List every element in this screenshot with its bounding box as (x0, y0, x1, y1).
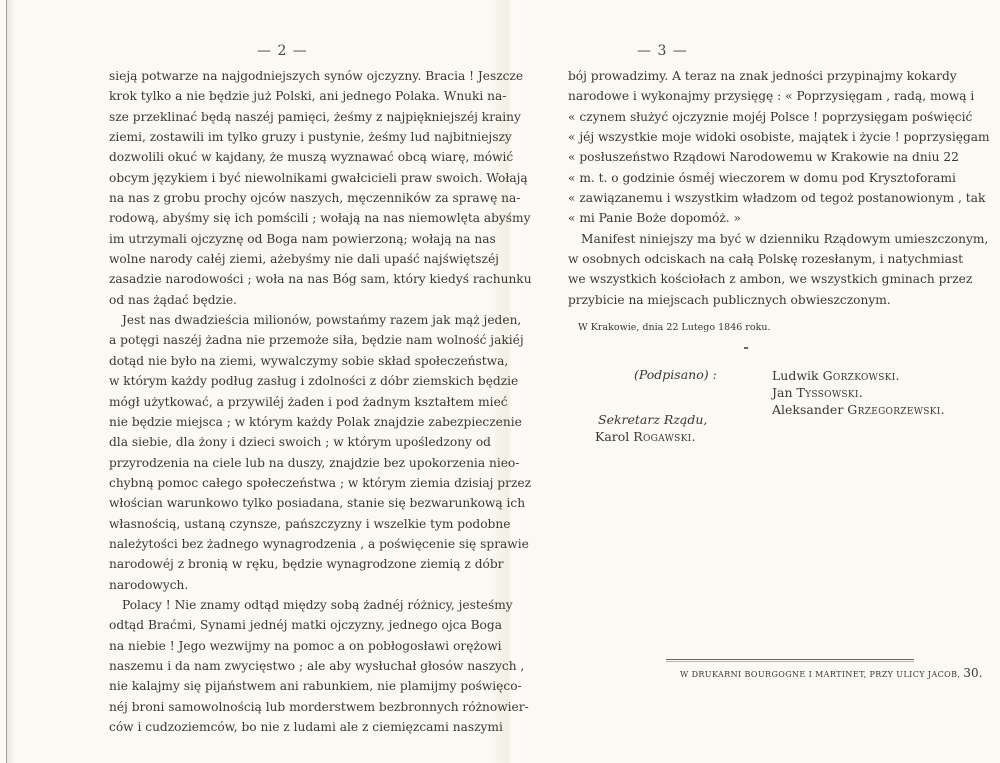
oath-line: « czynem służyć ojczyznie mojéj Polsce !… (568, 107, 944, 127)
secretary-title: Sekretarz Rządu, (595, 411, 707, 428)
text-line: narodowéj z bronią w ręku, będzie wynagr… (109, 554, 480, 574)
text-line: mógł użytkować, a przywiléj żaden i pod … (109, 392, 480, 412)
text-line: we wszystkich kościołach z ambon, we wsz… (568, 269, 944, 289)
text-line: na nas z grobu prochy ojców naszych, męc… (109, 188, 480, 208)
text-line: nie będzie miejsca ; w którym każdy Pola… (109, 412, 480, 432)
text-line: narodowych. (109, 575, 480, 595)
signatory-first-name: Jan (772, 385, 793, 400)
text-line: własnością, ustaną czynsze, pańszczyzny … (109, 514, 480, 534)
text-line: ziemi, zostawili im tylko gruzy i pustyn… (109, 127, 480, 147)
text-line: włościan warunkowo tylko posiadana, stan… (109, 493, 480, 513)
oath-line: « zawiązanemu i wszystkim władzom od teg… (568, 188, 944, 208)
text-line: krok tylko a nie będzie już Polski, ani … (109, 86, 480, 106)
paragraph-start: Manifest niniejszy ma być w dzienniku Rz… (568, 229, 944, 249)
text-line: obcym językiem i być niewolnikami gwałci… (109, 168, 480, 188)
page-number: — 2 — (257, 43, 308, 59)
text-line: przyrodzenia na ciele lub na duszy, znaj… (109, 453, 480, 473)
text-line: néj broni samowolnością lub morderstwem … (109, 697, 480, 717)
printer-imprint: W DRUKARNI BOURGOGNE I MARTINET, PRZY UL… (680, 666, 982, 680)
signed-label: (Podpisano) : (634, 367, 717, 382)
text-line: a potęgi naszéj żadna nie przemoże siła,… (109, 330, 480, 350)
text-line: odtąd Braćmi, Synami jednéj matki ojczyz… (109, 615, 480, 635)
text-line: zasadzie narodowości ; woła na nas Bóg s… (109, 269, 480, 289)
signatory: Aleksander Grzegorzewski. (772, 401, 945, 418)
body-text: bój prowadzimy. A teraz na znak jedności… (568, 66, 944, 310)
text-line: wolne narody całéj ziemi, ażebyśmy nie d… (109, 249, 480, 269)
text-line: nie kalajmy się pijaństwem ani rabunkiem… (109, 676, 480, 696)
imprint-rule-secondary (666, 661, 914, 662)
text-line: sze przeklinać będą naszéj pamięci, żeśm… (109, 107, 480, 127)
left-page: — 2 — sieją potwarze na najgodniejszych … (0, 0, 500, 763)
signatory-last-name: Tyssowski. (797, 385, 864, 400)
signatory-first-name: Aleksander (772, 402, 843, 417)
imprint-text: W DRUKARNI BOURGOGNE I MARTINET, PRZY UL… (680, 670, 960, 679)
text-line: im utrzymali ojczyznę od Boga nam powier… (109, 229, 480, 249)
text-line: ców i cudzoziemców, bo nie z ludami ale … (109, 717, 480, 737)
signatory-first-name: Ludwik (772, 368, 819, 383)
text-line: narodowe i wykonajmy przysięgę : « Poprz… (568, 86, 944, 106)
text-line: dla siebie, dla żony i dzieci swoich ; w… (109, 432, 480, 452)
text-line: należytości bez żadnego wynagrodzenia , … (109, 534, 480, 554)
paragraph-start: Jest nas dwadzieścia milionów, powstańmy… (109, 310, 480, 330)
right-page: — 3 — bój prowadzimy. A teraz na znak je… (500, 0, 1000, 763)
text-line: naszemu i da nam zwycięstwo ; ale aby wy… (109, 656, 480, 676)
oath-line: « m. t. o godzinie ósméj wieczorem w dom… (568, 168, 944, 188)
text-line: rodową, abyśmy się ich pomścili ; wołają… (109, 208, 480, 228)
signatory: Jan Tyssowski. (772, 384, 945, 401)
secretary-name: Karol Rogawski. (595, 428, 707, 445)
text-line: dotąd nie było na ziemi, wywalczymy sobi… (109, 351, 480, 371)
body-text: sieją potwarze na najgodniejszych synów … (109, 66, 480, 737)
book-spread: — 2 — sieją potwarze na najgodniejszych … (0, 0, 1000, 763)
text-line: dozwolili okuć w kajdany, że muszą wyzna… (109, 147, 480, 167)
signatories: Ludwik Gorzkowski. Jan Tyssowski. Aleksa… (772, 367, 945, 418)
dateline: W Krakowie, dnia 22 Lutego 1846 roku. (578, 322, 770, 333)
text-line: w którym każdy podług zasług i zdolności… (109, 371, 480, 391)
text-line: na niebie ! Jego wezwijmy na pomoc a on … (109, 636, 480, 656)
text-line: sieją potwarze na najgodniejszych synów … (109, 66, 480, 86)
signatory-last-name: Grzegorzewski. (847, 402, 945, 417)
secretary-signature: Sekretarz Rządu, Karol Rogawski. (595, 411, 707, 445)
oath-line: « mi Panie Boże dopomóż. » (568, 208, 944, 228)
text-line: chybną pomoc całego społeczeństwa ; w kt… (109, 473, 480, 493)
signatory: Ludwik Gorzkowski. (772, 367, 945, 384)
oath-line: « jéj wszystkie moje widoki osobiste, ma… (568, 127, 944, 147)
text-line: bój prowadzimy. A teraz na znak jedności… (568, 66, 944, 86)
ink-mark (744, 347, 748, 349)
text-line: przybicie na miejscach publicznych obwie… (568, 290, 944, 310)
page-number: — 3 — (637, 43, 688, 59)
imprint-number: 30. (963, 666, 982, 680)
oath-line: « posłuszeństwo Rządowi Narodowemu w Kra… (568, 147, 944, 167)
imprint-rule (666, 659, 914, 660)
paragraph-start: Polacy ! Nie znamy odtąd między sobą żad… (109, 595, 480, 615)
secretary-last-name: Rogawski. (633, 429, 695, 444)
text-line: od nas żądać będzie. (109, 290, 480, 310)
secretary-first-name: Karol (595, 429, 629, 444)
text-line: w osobnych odciskach na całą Polskę roze… (568, 249, 944, 269)
signatory-last-name: Gorzkowski. (823, 368, 900, 383)
